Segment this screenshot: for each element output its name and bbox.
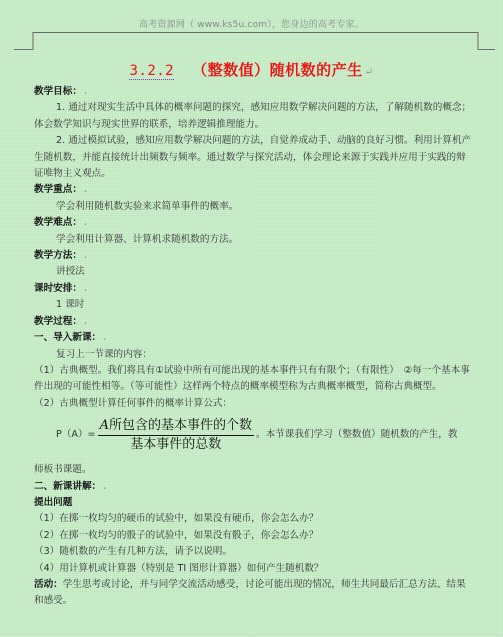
heading-key-points: 教学重点：. xyxy=(34,182,474,198)
heading-difficulties: 教学难点：. xyxy=(34,215,474,231)
page-header: 高考资源网（ www.ks5u.com），您身边的高考专家。 xyxy=(0,0,503,52)
document-title: 3.2.2（整数值）随机数的产生↵ xyxy=(0,59,503,80)
question-4: （4）用计算机或计算器（特别是 TI 图形计算器）如何产生随机数？ xyxy=(34,561,474,577)
formula-fraction: A所包含的基本事件的个数 基本事件的总数 xyxy=(98,417,254,454)
heading-raise-questions: 提出问题 xyxy=(34,495,474,511)
title-number: 3.2.2 xyxy=(129,63,174,80)
formula-denominator: 基本事件的总数 xyxy=(130,436,221,454)
schedule-text: 1 课时 xyxy=(34,297,474,313)
review-text: 复习上一节课的内容： xyxy=(34,347,474,363)
heading-part2-lecture: 二、新课讲解：. xyxy=(34,479,474,495)
question-3: （3）随机数的产生有几种方法，请予以说明。 xyxy=(34,544,474,560)
after-formula-text: 师板书课题。 xyxy=(34,462,474,478)
question-2: （2）在掷一枚均匀的骰子的试验中，如果没有骰子，你会怎么办？ xyxy=(34,528,474,544)
formula-numerator: A所包含的基本事件的个数 xyxy=(98,417,254,435)
title-text: （整数值）随机数的产生 xyxy=(192,61,363,79)
heading-methods: 教学方法：. xyxy=(34,248,474,264)
formula-trailing-text: 。本节课我们学习（整数值）随机数的产生，教 xyxy=(256,427,457,443)
heading-part1-intro: 一、导入新课：. xyxy=(34,330,474,346)
review-item-1: （1）古典概型。我们将具有①试验中所有可能出现的基本事件只有有限个；（有限性） … xyxy=(34,363,474,396)
probability-formula: P（A）= A所包含的基本事件的个数 基本事件的总数 。本节课我们学习（整数值）… xyxy=(34,414,474,456)
objective-1: 1. 通过对现实生活中具体的概率问题的探究，感知应用数学解决问题的方法，了解随机… xyxy=(34,100,474,133)
activity-text: 学生思考或讨论，并与同学交流活动感受，讨论可能出现的情况，师生共同最后汇总方法、… xyxy=(34,579,466,606)
methods-text: 讲授法 xyxy=(34,264,474,280)
activity-paragraph: 活动：学生思考或讨论，并与同学交流活动感受，讨论可能出现的情况，师生共同最后汇总… xyxy=(34,577,474,610)
difficulties-text: 学会利用计算器、计算机求随机数的方法。 xyxy=(34,232,474,248)
heading-schedule: 课时安排：. xyxy=(34,281,474,297)
heading-process: 教学过程：. xyxy=(34,314,474,330)
review-item-2: （2）古典概型计算任何事件的概率计算公式： xyxy=(34,396,474,412)
heading-objectives: 教学目标：. xyxy=(34,84,474,100)
paragraph-mark-icon: ↵ xyxy=(365,67,374,78)
objective-2: 2. 通过模拟试验，感知应用数学解决问题的方法，自觉养成动手、动脑的良好习惯。利… xyxy=(34,133,474,182)
header-rule xyxy=(0,0,503,52)
formula-lhs: P（A）= xyxy=(34,427,96,443)
activity-label: 活动： xyxy=(34,579,63,590)
question-1: （1）在掷一枚均匀的硬币的试验中，如果没有硬币，你会怎么办？ xyxy=(34,511,474,527)
key-points-text: 学会利用随机数实验来求简单事件的概率。 xyxy=(34,199,474,215)
document-body: 教学目标：. 1. 通过对现实生活中具体的概率问题的探究，感知应用数学解决问题的… xyxy=(34,84,474,610)
